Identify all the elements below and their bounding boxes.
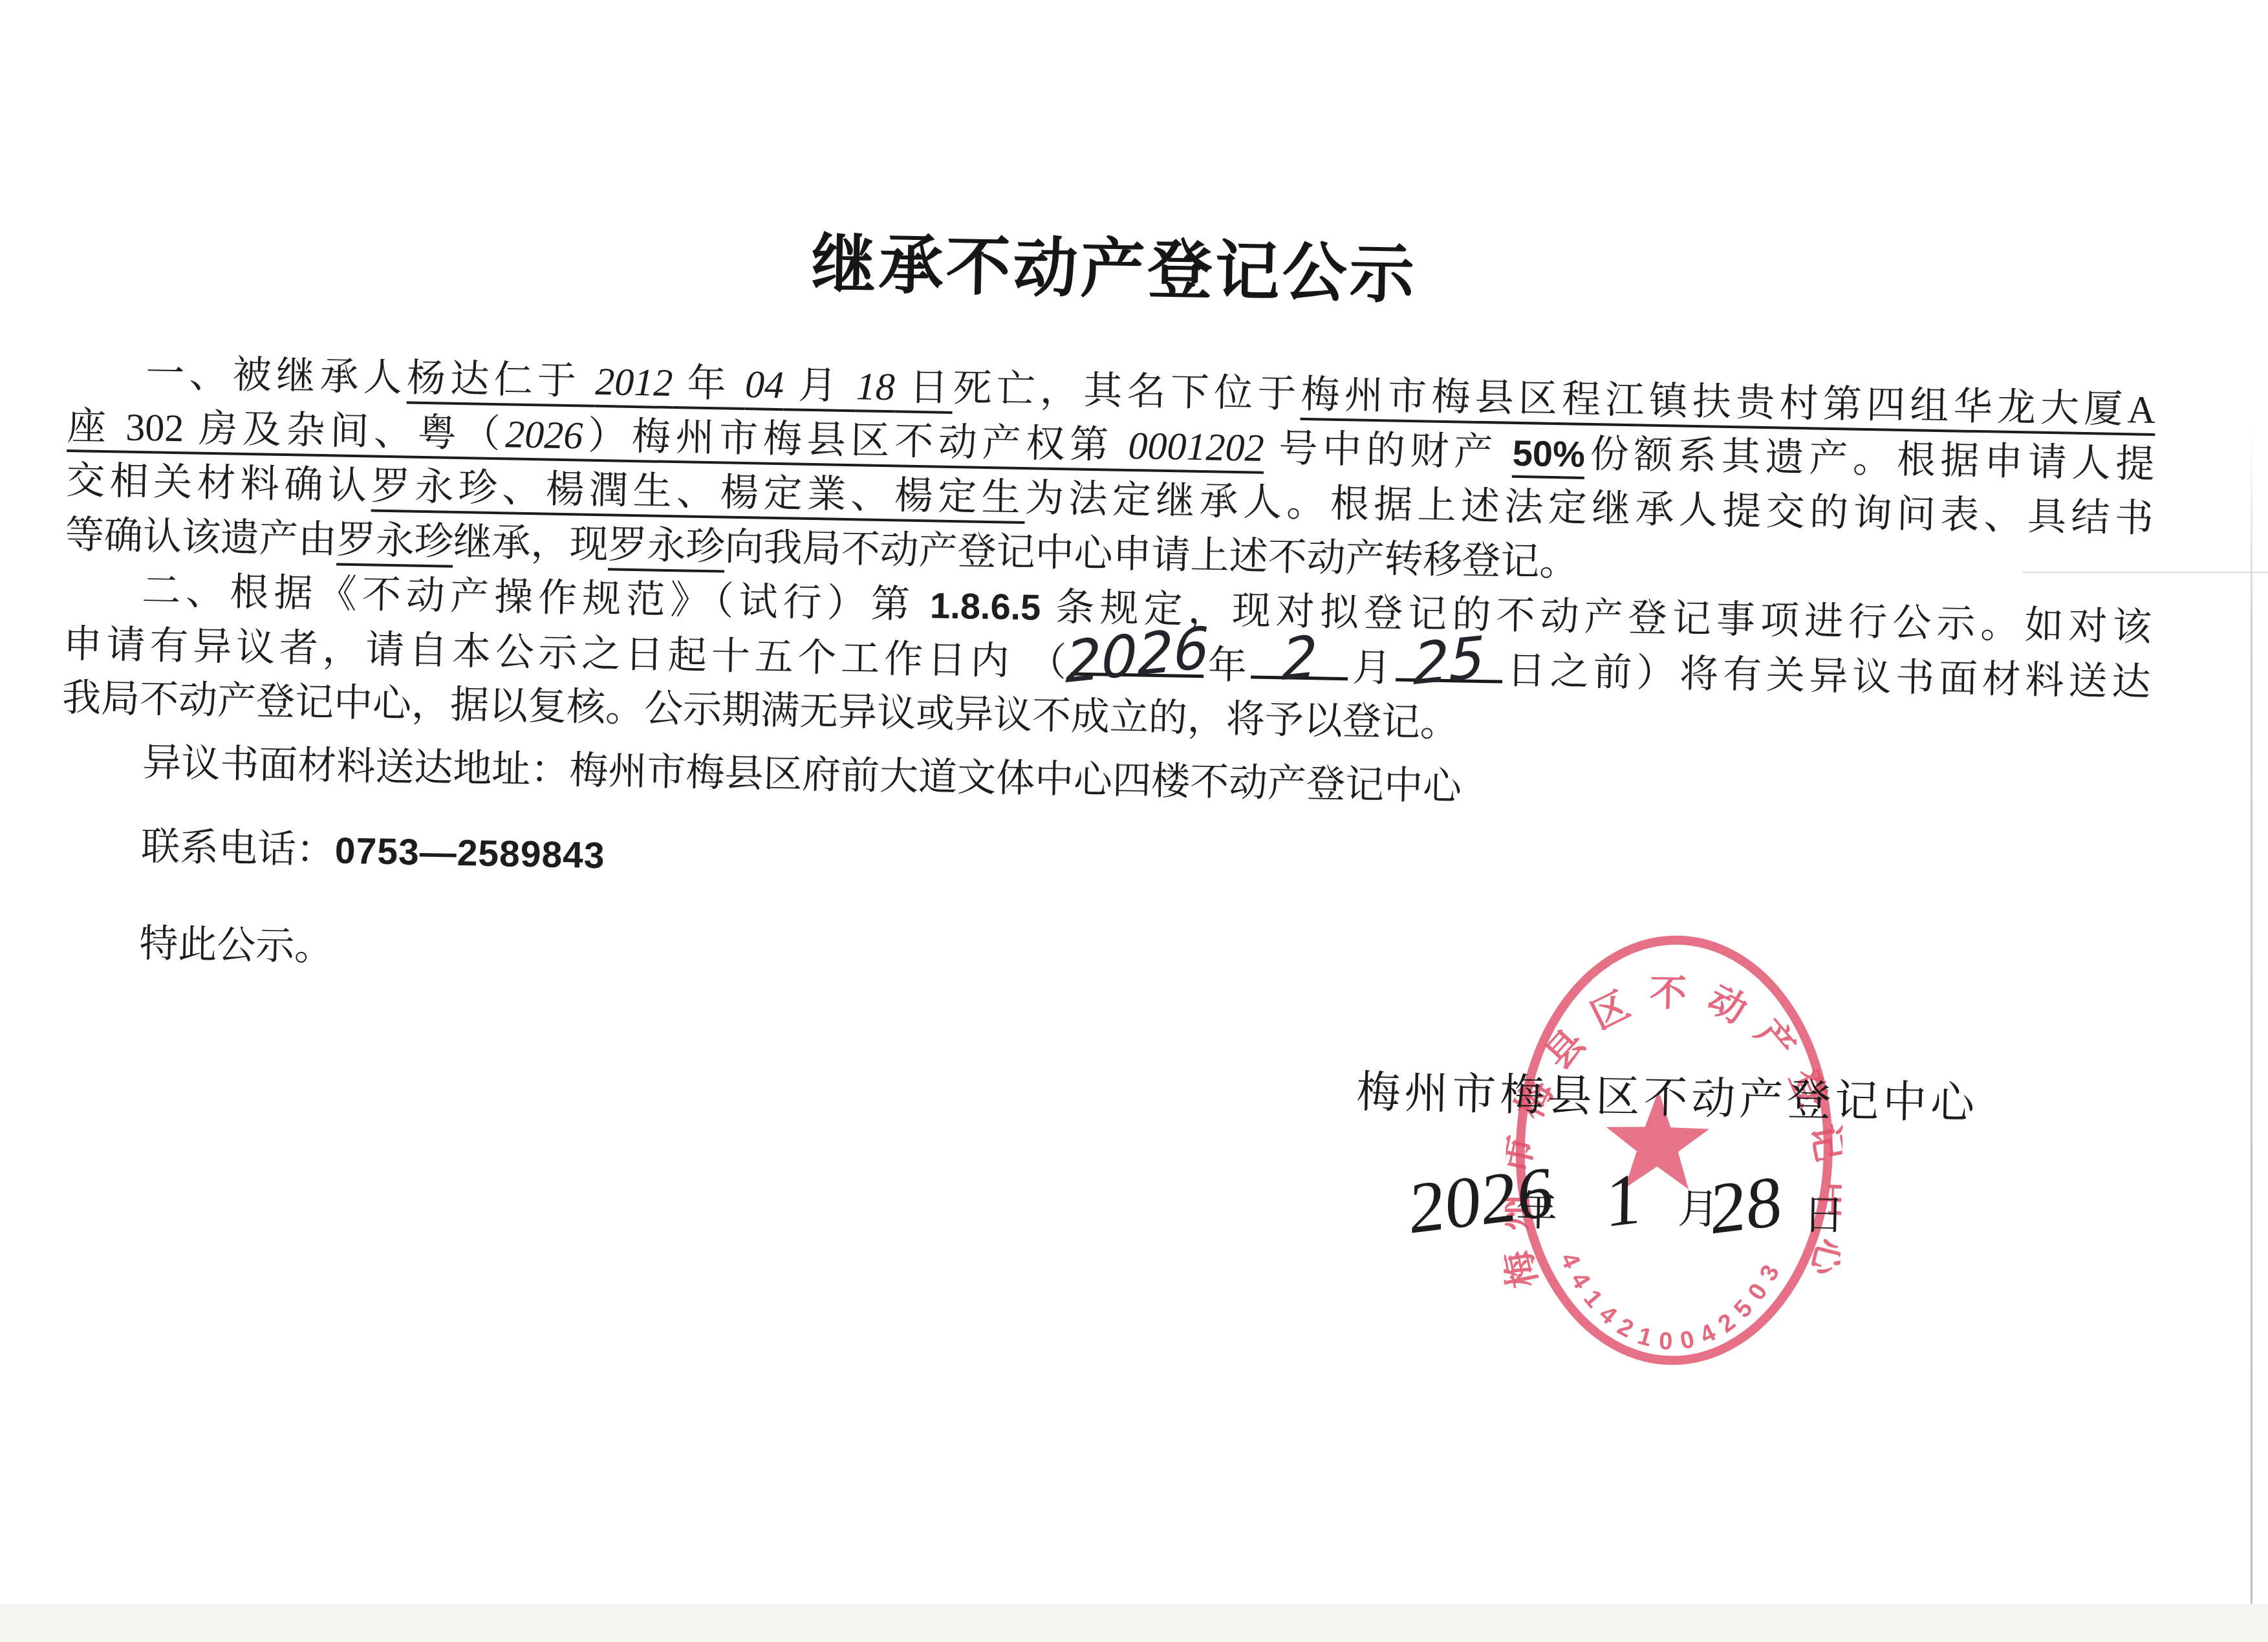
text-segment: 等确认该遗产由 (65, 513, 337, 561)
text-segment: 月 (1348, 646, 1396, 689)
scanned-document-page: 继承不动产登记公示 一、被继承人杨达仁于 2012 年 04 月 18 日死亡，… (0, 0, 2268, 1604)
text-segment: 日 (894, 365, 953, 414)
text-segment: 月 (783, 363, 856, 412)
fill-in-blank-underline: 25 (1396, 641, 1503, 684)
text-segment: 1.8.6.5 (930, 585, 1041, 627)
date-day-label: 日 (1802, 1182, 1845, 1242)
handwritten-number: 2026 (1065, 619, 1209, 691)
text-segment: 04 (744, 363, 784, 411)
text-segment: 罗永珍 (608, 523, 725, 572)
document-body: 一、被继承人杨达仁于 2012 年 04 月 18 日死亡，其名下位于梅州市梅县… (61, 345, 2155, 763)
issuer-signature: 梅州市梅县区不动产登记中心 (1356, 1057, 1980, 1132)
text-segment: 座 302 房及杂间、粤（ (67, 405, 506, 460)
seal-number: 4414210042503 (1553, 1248, 1790, 1357)
text-segment: 杨达仁于 (406, 357, 596, 407)
text-segment: 年 (673, 362, 746, 410)
phone-number: 0753—2589843 (334, 830, 605, 877)
text-segment: 死亡，其名下位于 (953, 367, 1301, 416)
text-segment: 号中的财产 (1264, 427, 1513, 474)
text-segment: 继承，现 (453, 521, 609, 566)
date-year-label: 年 (1515, 1178, 1558, 1238)
scan-artifact-horizontal-line (2023, 572, 2268, 573)
phone-label: 联系电话： (140, 825, 335, 871)
handwritten-number: 2 (1282, 628, 1318, 689)
text-segment: 交相关材料确认 (66, 459, 372, 508)
handwritten-number: 25 (1413, 629, 1485, 693)
text-segment: 一、被继承人 (146, 352, 407, 399)
text-segment: 罗永珍 (336, 519, 453, 568)
phone-line: 联系电话：0753—2589843 (59, 818, 2147, 911)
document-content: 继承不动产登记公示 一、被继承人杨达仁于 2012 年 04 月 18 日死亡，… (46, 0, 2163, 1604)
document-title: 继承不动产登记公示 (70, 198, 2159, 329)
text-segment: 2026 (505, 413, 583, 461)
svg-text:4414210042503: 4414210042503 (1553, 1248, 1790, 1357)
text-segment: 二、根据《不动产操作规范》（试行）第 (142, 569, 931, 626)
fill-in-blank-underline: 2 (1251, 638, 1348, 681)
text-segment: 18 (856, 365, 895, 413)
text-segment: 0001202 (1128, 424, 1264, 474)
text-segment: 向我局不动产登记中心申请上述不动产转移登记。 (724, 526, 1579, 584)
text-segment: 50% (1512, 433, 1585, 479)
handwritten-day: 28 (1709, 1159, 1783, 1252)
text-segment: 日之前）将有关异议书面材料送达 (1502, 649, 2151, 704)
fill-in-blank-underline: 2026 (1071, 634, 1204, 678)
scan-artifact-vertical-line (2251, 427, 2252, 1604)
text-segment: ）梅州市梅县区不动产权第 (583, 415, 1129, 471)
text-segment: 份额系其遗产。根据申请人提 (1584, 433, 2155, 486)
text-segment: 2012 (595, 360, 673, 409)
text-segment: 年 (1203, 643, 1251, 687)
handwritten-month: 1 (1604, 1156, 1642, 1245)
